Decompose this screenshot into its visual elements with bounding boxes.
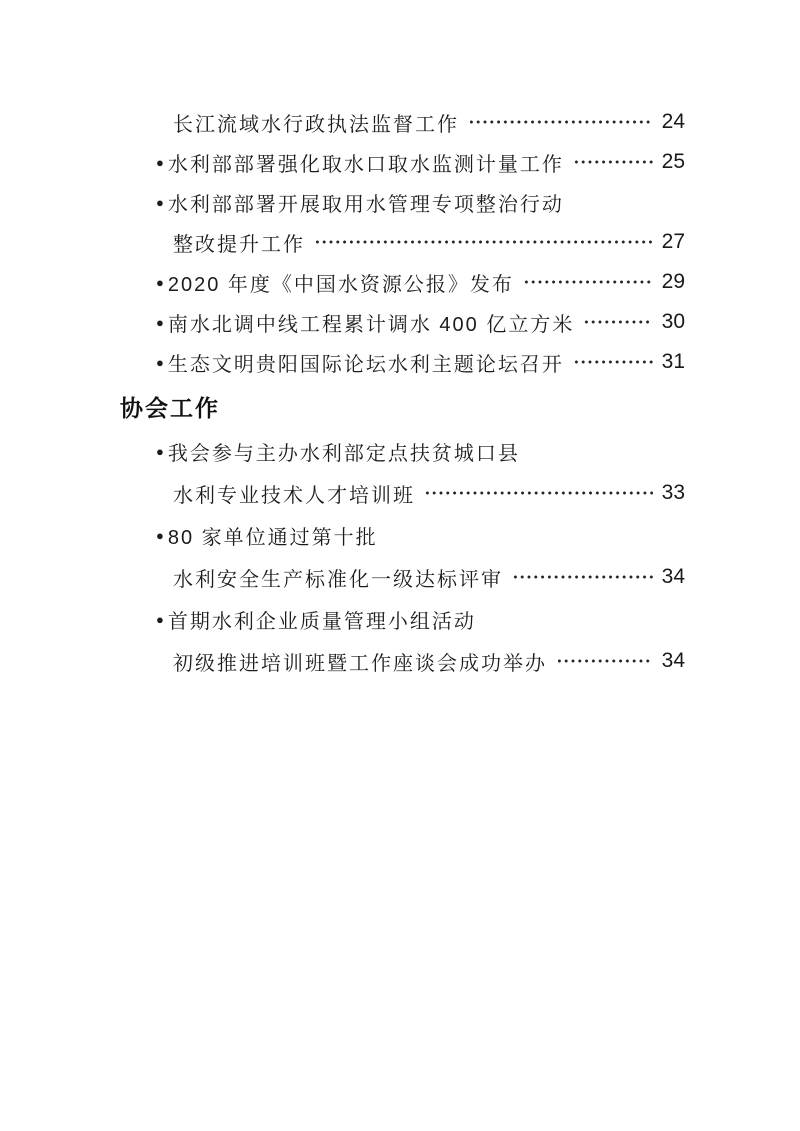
- toc-entry-text: 生态文明贵阳国际论坛水利主题论坛召开: [168, 348, 564, 377]
- toc-entry-text: 初级推进培训班暨工作座谈会成功举办: [173, 647, 547, 676]
- toc-entry-text: 整改提升工作: [173, 228, 305, 257]
- bullet-icon: ●: [156, 445, 164, 458]
- toc-entry-line: 水利安全生产标准化一级达标评审 34: [120, 556, 685, 598]
- dot-leader: [583, 302, 653, 342]
- toc-entry-line: 整改提升工作 27: [120, 222, 685, 262]
- toc-entry-text: 长江流域水行政执法监督工作: [173, 108, 459, 137]
- dot-leader: [468, 102, 653, 142]
- toc-page-number: 30: [658, 310, 685, 334]
- toc-entry-line: ● 80 家单位通过第十批: [120, 514, 685, 556]
- toc-page-number: 24: [658, 110, 685, 134]
- toc-entry-line: 长江流域水行政执法监督工作 24: [120, 102, 685, 142]
- toc-page-number: 25: [658, 150, 685, 174]
- toc-entry-line: ● 南水北调中线工程累计调水 400 亿立方米 30: [120, 302, 685, 342]
- toc-entry-text: 首期水利企业质量管理小组活动: [168, 605, 476, 634]
- bullet-icon: ●: [156, 316, 164, 329]
- bullet-icon: ●: [156, 356, 164, 369]
- toc-entry-line: ● 水利部部署强化取水口取水监测计量工作 25: [120, 142, 685, 182]
- toc-page-number: 34: [658, 649, 685, 673]
- toc-section-association-work: ● 我会参与主办水利部定点扶贫城口县 水利专业技术人才培训班 33 ● 80 家…: [120, 430, 685, 682]
- dot-leader: [512, 556, 653, 598]
- dot-leader: [523, 262, 653, 302]
- toc-entry-line: ● 我会参与主办水利部定点扶贫城口县: [120, 430, 685, 472]
- toc-entry-line: ● 生态文明贵阳国际论坛水利主题论坛召开 31: [120, 342, 685, 382]
- toc-entry-text: 水利专业技术人才培训班: [173, 479, 415, 508]
- dot-leader: [573, 142, 653, 182]
- bullet-icon: ●: [156, 529, 164, 542]
- bullet-icon: ●: [156, 156, 164, 169]
- section-heading: 协会工作: [120, 382, 685, 430]
- dot-leader: [424, 472, 653, 514]
- toc-entry-line: 初级推进培训班暨工作座谈会成功举办 34: [120, 640, 685, 682]
- toc-entry-line: ● 水利部部署开展取用水管理专项整治行动: [120, 182, 685, 222]
- toc-entry-text: 水利部部署强化取水口取水监测计量工作: [168, 148, 564, 177]
- bullet-icon: ●: [156, 613, 164, 626]
- toc-entry-line: ● 首期水利企业质量管理小组活动: [120, 598, 685, 640]
- toc-entry-text: 我会参与主办水利部定点扶贫城口县: [168, 437, 520, 466]
- bullet-icon: ●: [156, 276, 164, 289]
- toc-entry-text: 南水北调中线工程累计调水 400 亿立方米: [168, 308, 574, 337]
- toc-entry-text: 80 家单位通过第十批: [168, 521, 378, 550]
- document-page: 长江流域水行政执法监督工作 24 ● 水利部部署强化取水口取水监测计量工作 25…: [0, 0, 800, 1131]
- toc-page-number: 33: [658, 481, 685, 505]
- table-of-contents: 长江流域水行政执法监督工作 24 ● 水利部部署强化取水口取水监测计量工作 25…: [120, 102, 685, 682]
- toc-page-number: 31: [658, 350, 685, 374]
- bullet-icon: ●: [156, 196, 164, 209]
- toc-page-number: 34: [658, 565, 685, 589]
- dot-leader: [556, 640, 653, 682]
- toc-entry-text: 2020 年度《中国水资源公报》发布: [168, 268, 514, 297]
- toc-page-number: 27: [658, 230, 685, 254]
- toc-entry-line: ● 2020 年度《中国水资源公报》发布 29: [120, 262, 685, 302]
- toc-entry-text: 水利安全生产标准化一级达标评审: [173, 563, 503, 592]
- toc-entry-text: 水利部部署开展取用水管理专项整治行动: [168, 188, 564, 217]
- dot-leader: [314, 222, 653, 262]
- dot-leader: [573, 342, 653, 382]
- toc-page-number: 29: [658, 270, 685, 294]
- toc-section-continued: 长江流域水行政执法监督工作 24 ● 水利部部署强化取水口取水监测计量工作 25…: [120, 102, 685, 382]
- toc-entry-line: 水利专业技术人才培训班 33: [120, 472, 685, 514]
